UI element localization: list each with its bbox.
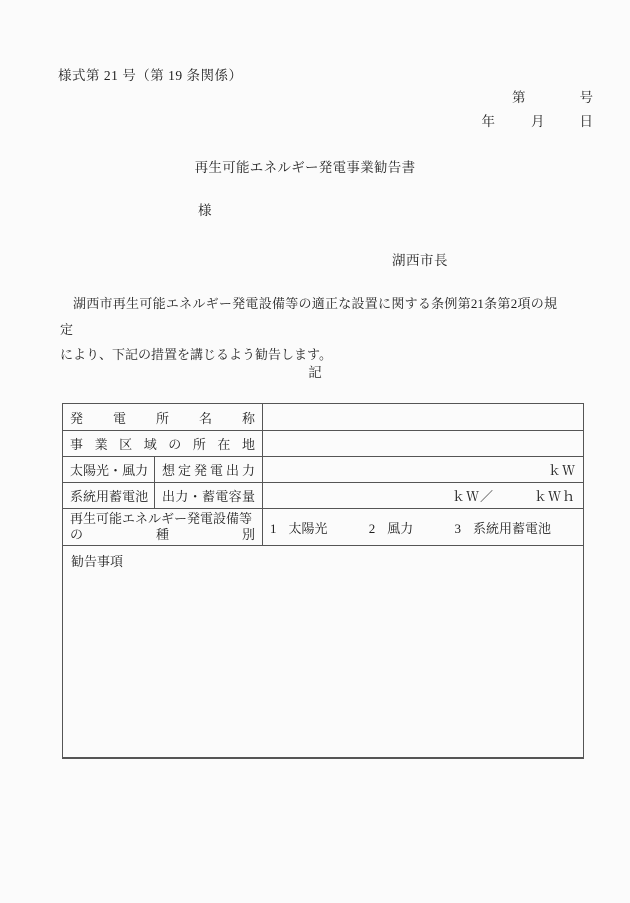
battery-output-unit: ｋＷ／ — [452, 489, 494, 504]
expected-output-value-cell: ｋＷ — [263, 457, 584, 483]
date-line: 年月日 — [482, 110, 594, 134]
type-option-solar: 1太陽光 — [270, 521, 331, 536]
battery-capacity-row: 系統用蓄電池 出力・蓄電容量 ｋＷ／ｋＷｈ — [63, 483, 584, 509]
equipment-type-options-cell: 1太陽光 2風力 3系統用蓄電池 — [263, 509, 584, 546]
equipment-type-label-cell: 再生可能エネルギー発電設備等 の種別 — [63, 509, 263, 546]
body-paragraph-line-1: 湖西市再生可能エネルギー発電設備等の適正な設置に関する条例第21条第2項の規定 — [60, 291, 557, 342]
type-option-battery: 3系統用蓄電池 — [455, 521, 552, 536]
type-option-battery-label: 系統用蓄電池 — [473, 521, 551, 536]
output-capacity-label: 出力・蓄電容量 — [162, 486, 255, 505]
type-option-wind-number: 2 — [369, 521, 376, 536]
expected-output-label-cell: 想定発電出力 — [155, 457, 263, 483]
document-title: 再生可能エネルギー発電事業勧告書 — [0, 156, 610, 176]
doc-number-line: 第号 — [482, 86, 594, 110]
sender-title: 湖西市長 — [392, 249, 448, 269]
plant-name-row: 発電所名称 — [63, 404, 584, 431]
recommendation-label: 勧告事項 — [71, 554, 123, 569]
solar-wind-output-row: 太陽光・風力 想定発電出力 ｋＷ — [63, 457, 584, 483]
equipment-type-label-line1: 再生可能エネルギー発電設備等 — [70, 511, 255, 528]
type-option-wind: 2風力 — [369, 521, 417, 536]
body-paragraph: 湖西市再生可能エネルギー発電設備等の適正な設置に関する条例第21条第2項の規定 … — [60, 291, 557, 368]
type-option-solar-label: 太陽光 — [289, 521, 328, 536]
date-day: 日 — [580, 114, 594, 129]
type-option-battery-number: 3 — [455, 521, 462, 536]
business-area-row: 事業区域の所在地 — [63, 431, 584, 457]
section-marker-ki: 記 — [0, 361, 630, 381]
expected-output-unit: ｋＷ — [548, 463, 576, 478]
plant-name-label: 発電所名称 — [70, 408, 255, 427]
business-area-value-cell — [263, 431, 584, 457]
doc-number-suffix: 号 — [580, 90, 594, 105]
date-year: 年 — [482, 114, 496, 129]
output-capacity-value-cell: ｋＷ／ｋＷｈ — [263, 483, 584, 509]
battery-capacity-unit: ｋＷｈ — [534, 489, 576, 504]
solar-wind-row-label-cell: 太陽光・風力 — [63, 457, 155, 483]
output-capacity-label-cell: 出力・蓄電容量 — [155, 483, 263, 509]
header-right-block: 第号 年月日 — [482, 86, 594, 134]
type-option-wind-label: 風力 — [387, 521, 413, 536]
equipment-type-label-line2: の種別 — [70, 527, 255, 544]
battery-row-label-cell: 系統用蓄電池 — [63, 483, 155, 509]
document-page: 様式第 21 号（第 19 条関係） 第号 年月日 再生可能エネルギー発電事業勧… — [0, 0, 630, 903]
recommendation-row: 勧告事項 — [63, 546, 584, 759]
business-area-label-cell: 事業区域の所在地 — [63, 431, 263, 457]
recipient-honorific: 様 — [198, 199, 212, 219]
date-month: 月 — [531, 114, 545, 129]
equipment-type-row: 再生可能エネルギー発電設備等 の種別 1太陽光 2風力 3系統用蓄電池 — [63, 509, 584, 546]
business-area-label: 事業区域の所在地 — [70, 434, 255, 453]
expected-output-label: 想定発電出力 — [162, 460, 255, 479]
plant-name-value-cell — [263, 404, 584, 431]
specification-table: 発電所名称 事業区域の所在地 太陽光・風力 想定発電出力 ｋＷ — [62, 403, 584, 759]
plant-name-label-cell: 発電所名称 — [63, 404, 263, 431]
type-option-solar-number: 1 — [270, 521, 277, 536]
recommendation-cell: 勧告事項 — [63, 546, 584, 759]
solar-wind-row-label: 太陽光・風力 — [70, 460, 147, 479]
battery-row-label: 系統用蓄電池 — [70, 486, 147, 505]
doc-number-prefix: 第 — [512, 90, 526, 105]
form-number-label: 様式第 21 号（第 19 条関係） — [58, 64, 243, 84]
